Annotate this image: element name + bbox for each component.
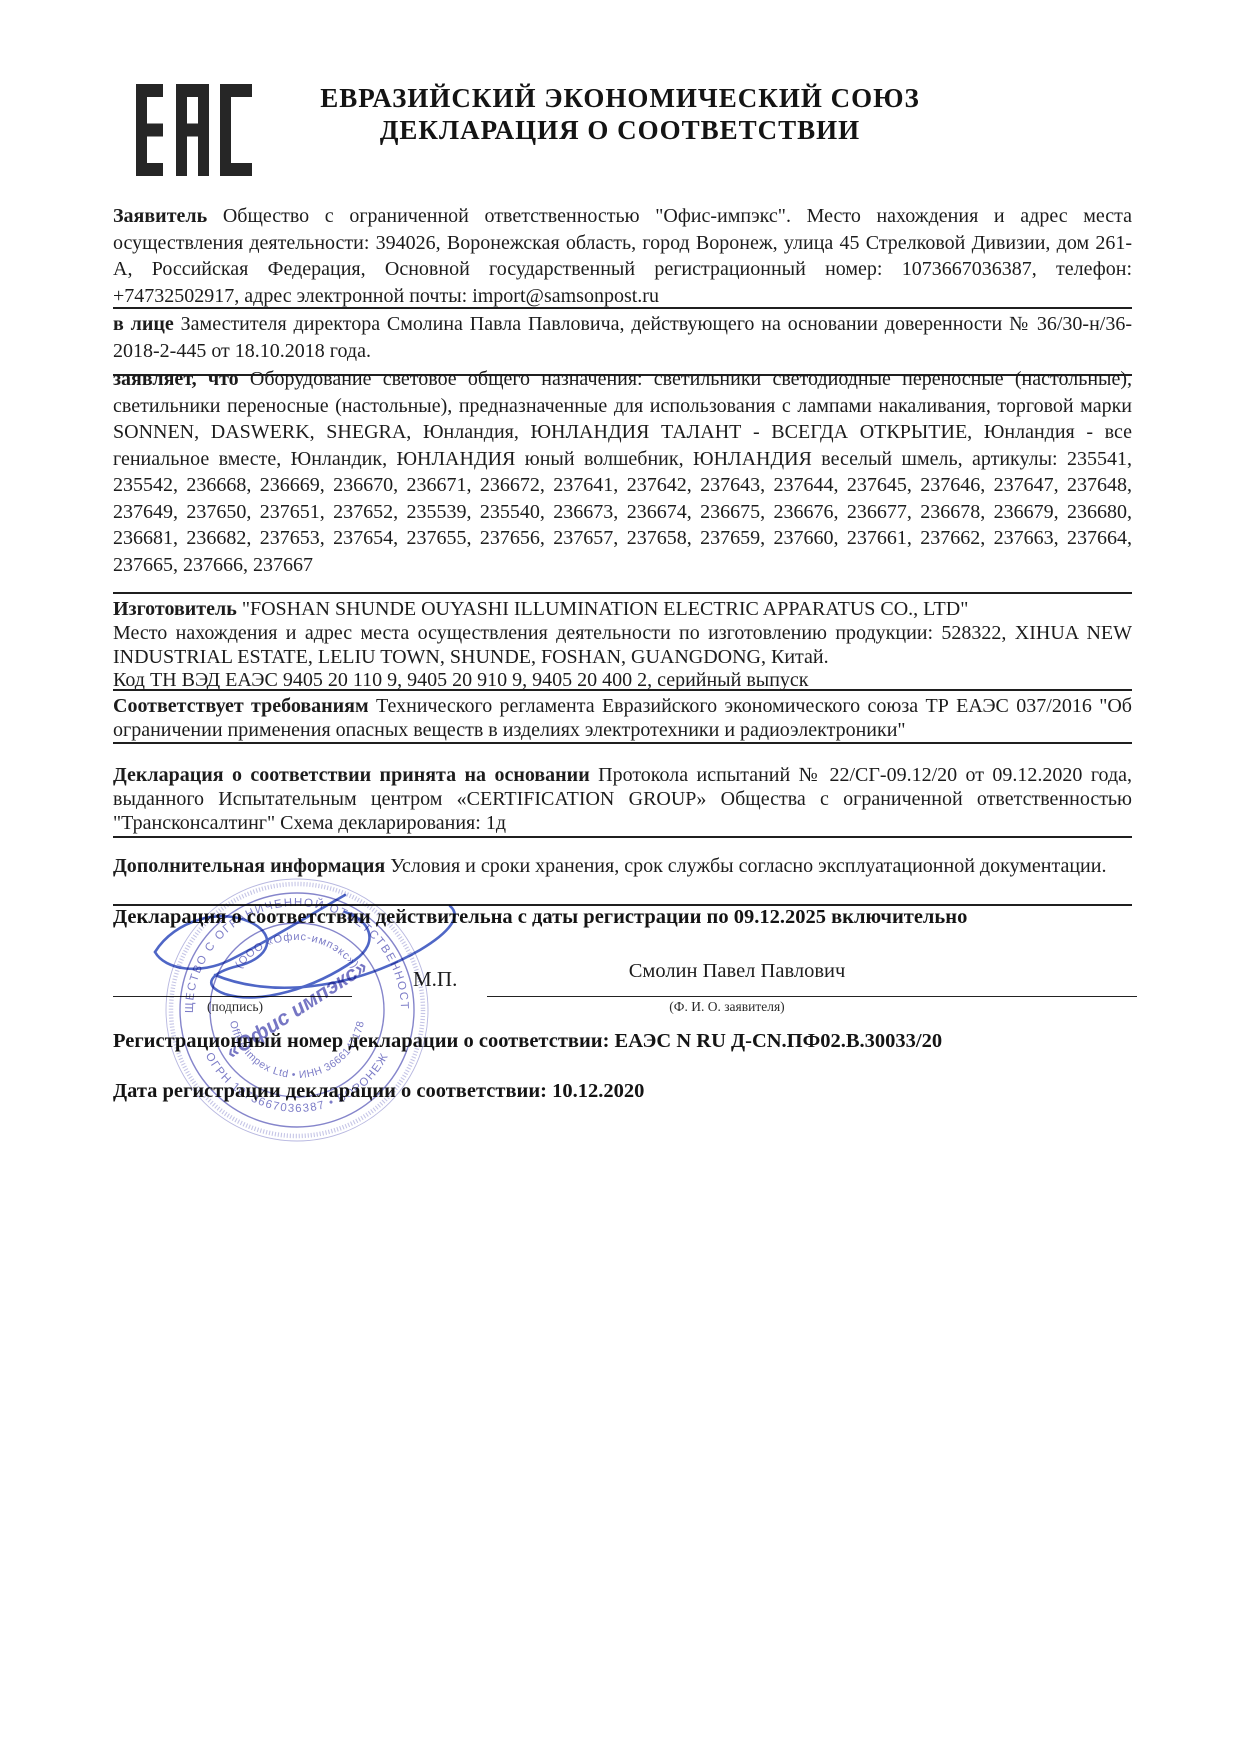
in-person-label: в лице bbox=[113, 313, 174, 335]
title-line-union: ЕВРАЗИЙСКИЙ ЭКОНОМИЧЕСКИЙ СОЮЗ bbox=[0, 82, 1240, 114]
declares-paragraph: заявляет, что Оборудование световое обще… bbox=[113, 366, 1132, 578]
applicant-paragraph: Заявитель Общество с ограниченной ответс… bbox=[113, 203, 1132, 309]
title-line-declaration: ДЕКЛАРАЦИЯ О СООТВЕТСТВИИ bbox=[0, 114, 1240, 146]
in-person-paragraph: в лице Заместителя директора Смолина Пав… bbox=[113, 311, 1132, 364]
declaration-document: ЕВРАЗИЙСКИЙ ЭКОНОМИЧЕСКИЙ СОЮЗ ДЕКЛАРАЦИ… bbox=[0, 0, 1240, 1754]
basis-label: Декларация о соответствии принята на осн… bbox=[113, 764, 590, 786]
section-divider bbox=[113, 742, 1132, 744]
section-divider bbox=[113, 307, 1132, 309]
compliance-paragraph: Соответствует требованиям Технического р… bbox=[113, 694, 1132, 742]
signature-strokes bbox=[120, 800, 680, 1020]
section-divider bbox=[113, 689, 1132, 691]
manufacturer-address: Место нахождения и адрес места осуществл… bbox=[113, 621, 1132, 669]
compliance-label: Соответствует требованиям bbox=[113, 695, 369, 717]
declares-label: заявляет, что bbox=[113, 368, 239, 390]
declares-text: Оборудование световое общего назначения:… bbox=[113, 368, 1132, 576]
section-divider bbox=[113, 592, 1132, 594]
manufacturer-label: Изготовитель bbox=[113, 598, 237, 620]
applicant-text: Общество с ограниченной ответственностью… bbox=[113, 205, 1132, 307]
handwritten-signature bbox=[120, 800, 680, 1020]
applicant-label: Заявитель bbox=[113, 205, 207, 227]
manufacturer-paragraph: Изготовитель "FOSHAN SHUNDE OUYASHI ILLU… bbox=[113, 597, 1132, 621]
manufacturer-name: "FOSHAN SHUNDE OUYASHI ILLUMINATION ELEC… bbox=[237, 598, 969, 620]
in-person-text: Заместителя директора Смолина Павла Павл… bbox=[113, 313, 1132, 362]
document-title: ЕВРАЗИЙСКИЙ ЭКОНОМИЧЕСКИЙ СОЮЗ ДЕКЛАРАЦИ… bbox=[0, 82, 1240, 146]
